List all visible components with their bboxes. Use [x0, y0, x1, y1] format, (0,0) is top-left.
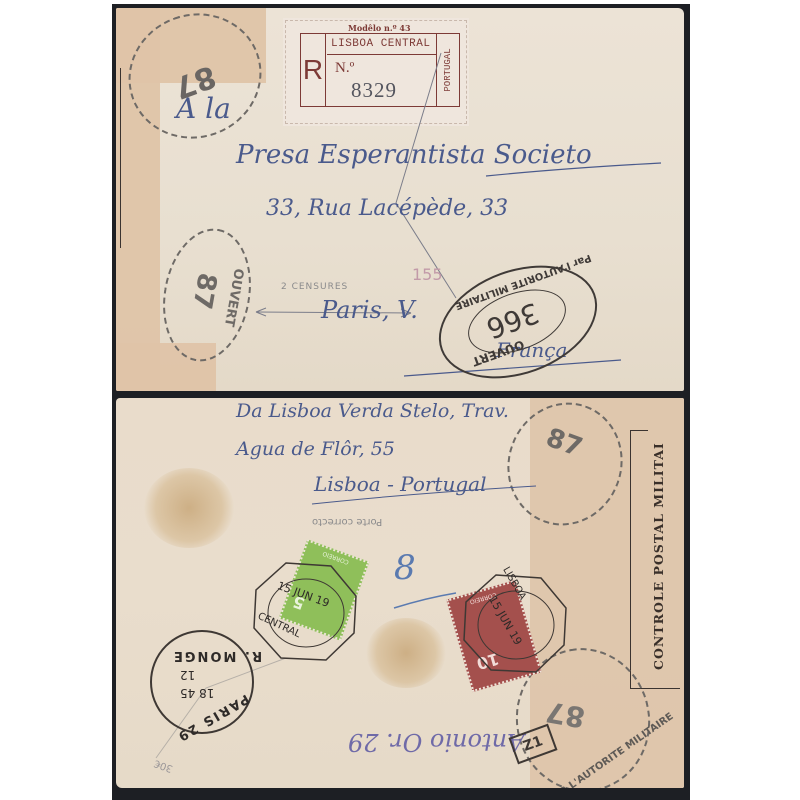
address-line-4: Paris, V. — [321, 296, 418, 324]
blue-eight-mark: 8 — [394, 548, 416, 588]
pencil-signature: Antonio Or. 29 — [348, 728, 524, 756]
envelope-front: 87 Modêlo n.º 43 R LISBOA CENTRAL PORTUG… — [116, 8, 684, 391]
red-number-mark: 155 — [412, 265, 443, 284]
stain-left — [144, 468, 234, 548]
envelope-back: CONTROLE POSTAL MILITAI 87 87 PAR L'AUTO… — [116, 398, 684, 788]
censor-stamp-left-number: 87 — [186, 271, 222, 312]
paris-postmark-hour: 12 — [180, 668, 195, 682]
address-line-2: Presa Esperantista Societo — [236, 140, 592, 170]
censures-note: 2 CENSURES — [281, 282, 348, 292]
address-line-1: A la — [176, 92, 231, 125]
porte-correcto-note: Porte correcto — [312, 516, 382, 527]
paris-postmark-street: R. MONGE — [172, 648, 262, 663]
address-line-3: 33, Rua Lacépède, 33 — [266, 196, 508, 221]
stain-center — [366, 618, 446, 688]
paris-postmark-time: 18 45 — [180, 686, 214, 700]
